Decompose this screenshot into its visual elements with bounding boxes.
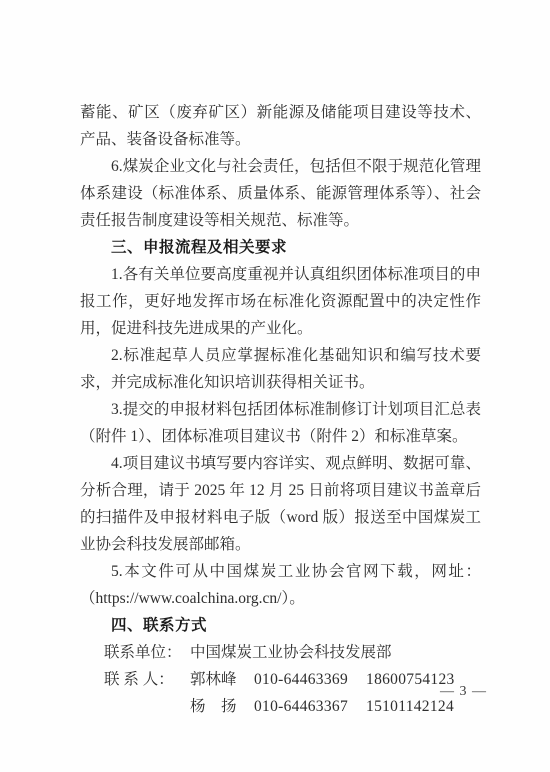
contact-person-phone: 010-64463369 <box>254 666 348 693</box>
page-number: — 3 — <box>440 684 487 700</box>
document-body: 蓄能、矿区（废弃矿区）新能源及储能项目建设等技术、产品、装备设备标准等。 6.煤… <box>80 99 481 720</box>
section-heading-3: 三、申报流程及相关要求 <box>80 234 481 261</box>
paragraph-item-2: 2.标准起草人员应掌握标准化基础知识和编写技术要求，并完成标准化知识培训获得相关… <box>80 342 481 396</box>
contact-unit-label: 联系单位： <box>104 639 190 666</box>
document-page: 蓄能、矿区（废弃矿区）新能源及储能项目建设等技术、产品、装备设备标准等。 6.煤… <box>0 0 550 772</box>
paragraph-item-6: 6.煤炭企业文化与社会责任，包括但不限于规范化管理体系建设（标准体系、质量体系、… <box>80 153 481 234</box>
contact-person-row: 联 系 人： 郭林峰 010-64463369 18600754123 <box>80 666 481 693</box>
contact-unit-row: 联系单位： 中国煤炭工业协会科技发展部 <box>80 639 481 666</box>
paragraph-item-1: 1.各有关单位要高度重视并认真组织团体标准项目的申报工作，更好地发挥市场在标准化… <box>80 261 481 342</box>
section-heading-4: 四、联系方式 <box>80 612 481 639</box>
contact-person-row: 杨 扬 010-64463367 15101142124 <box>80 693 481 720</box>
contact-unit-value: 中国煤炭工业协会科技发展部 <box>190 639 392 666</box>
contact-person-phone: 010-64463367 <box>254 693 348 720</box>
contact-person-name: 郭林峰 <box>190 666 254 693</box>
paragraph-continuation: 蓄能、矿区（废弃矿区）新能源及储能项目建设等技术、产品、装备设备标准等。 <box>80 99 481 153</box>
paragraph-item-4: 4.项目建议书填写要内容详实、观点鲜明、数据可靠、分析合理，请于 2025 年 … <box>80 450 481 558</box>
paragraph-item-3: 3.提交的申报材料包括团体标准制修订计划项目汇总表（附件 1）、团体标准项目建议… <box>80 396 481 450</box>
contact-person-name: 杨 扬 <box>190 693 254 720</box>
paragraph-item-5: 5.本文件可从中国煤炭工业协会官网下载，网址：（https://www.coal… <box>80 558 481 612</box>
contact-person-label: 联 系 人： <box>104 666 190 693</box>
